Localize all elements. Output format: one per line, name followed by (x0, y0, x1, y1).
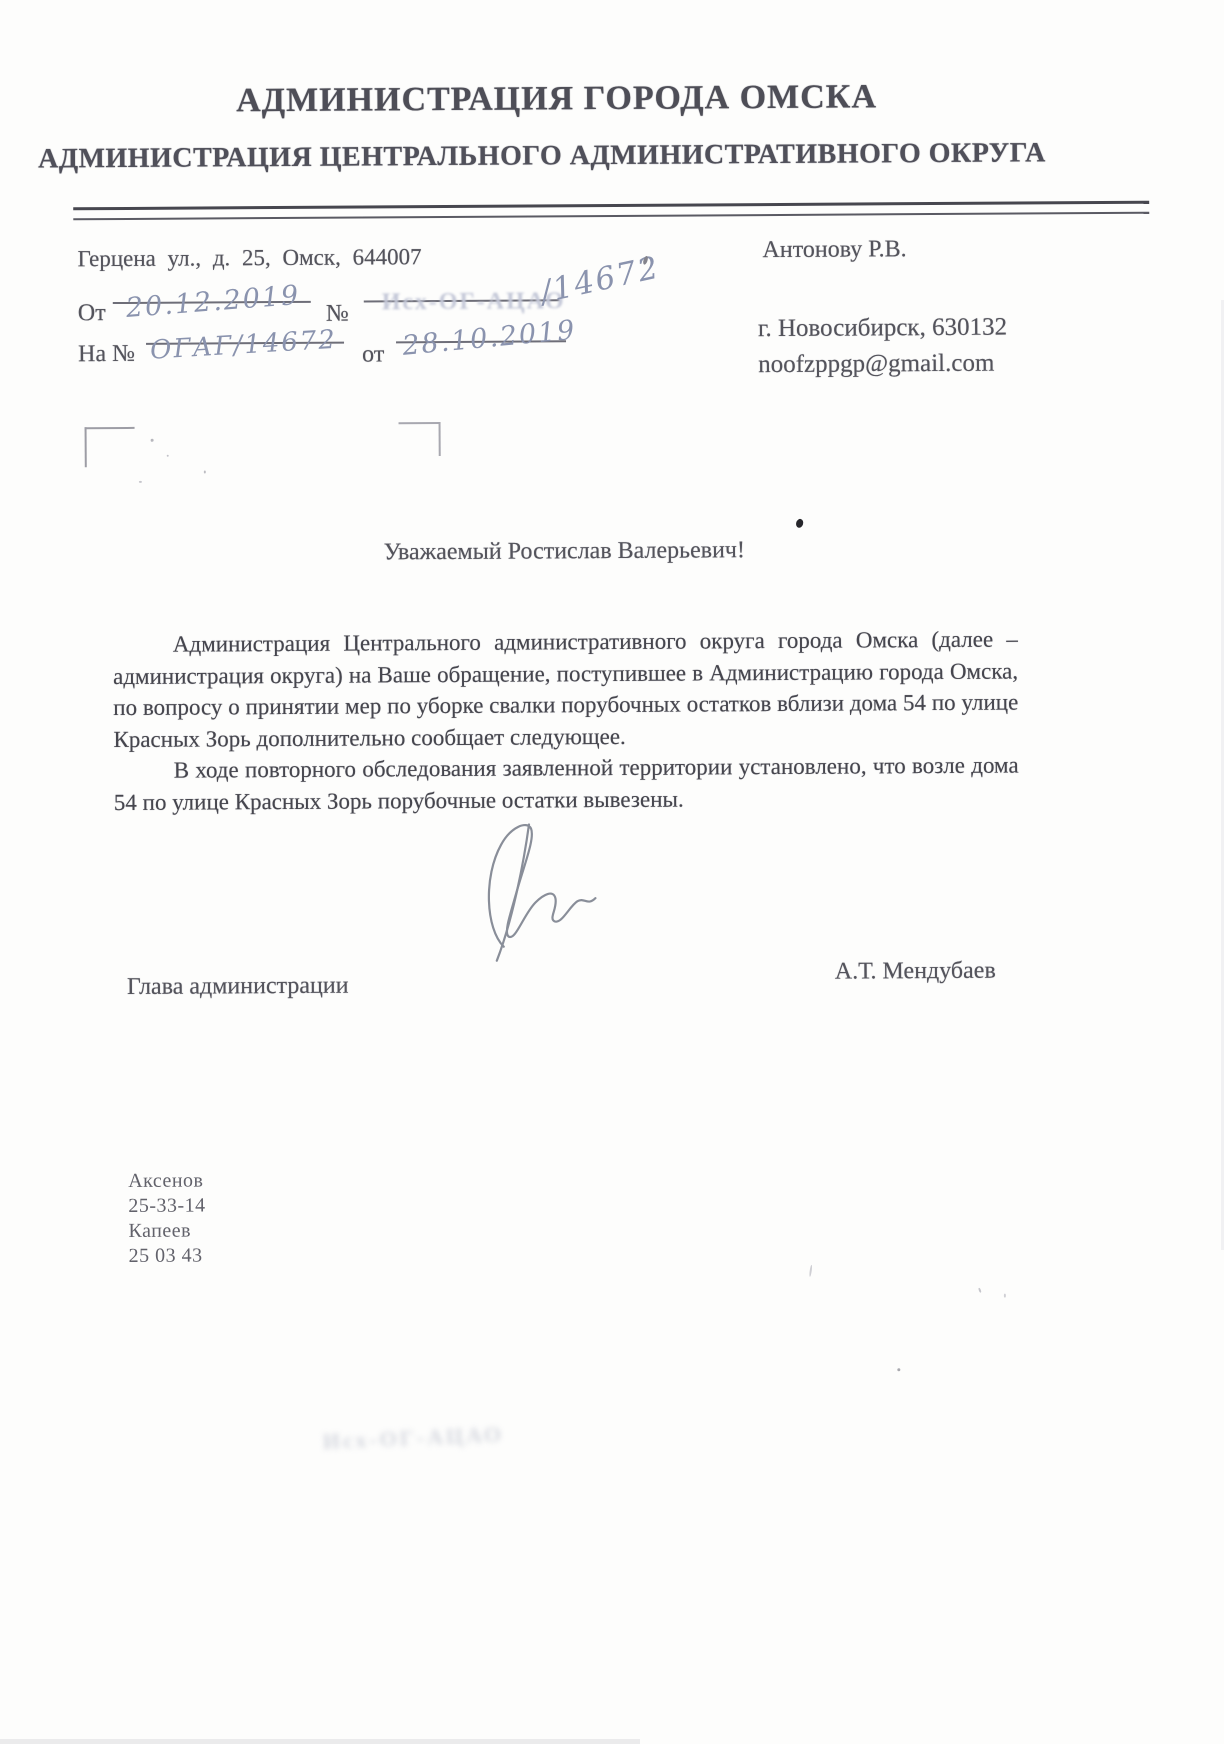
handwritten-signature (469, 818, 620, 964)
org-subtitle: АДМИНИСТРАЦИЯ ЦЕНТРАЛЬНОГО АДМИНИСТРАТИВ… (0, 137, 1087, 176)
reply-from-label: от (362, 341, 384, 368)
scanned-letter-page: АДМИНИСТРАЦИЯ ГОРОДА ОМСКА АДМИНИСТРАЦИЯ… (0, 0, 1224, 1744)
contact-line: Аксенов (128, 1168, 205, 1193)
signer-position: Глава администрации (127, 973, 349, 1001)
fold-mark (809, 1265, 813, 1277)
recipient-name: Антонову Р.В. (762, 236, 906, 264)
scan-speck (897, 1368, 900, 1371)
address-window-corner-right (399, 422, 441, 456)
scan-content: АДМИНИСТРАЦИЯ ГОРОДА ОМСКА АДМИНИСТРАЦИЯ… (0, 0, 1224, 1744)
reply-ref-label: На № (78, 341, 135, 368)
body-paragraph-1: Администрация Центрального административ… (113, 624, 1019, 756)
recipient-email: noofzppgp@gmail.com (758, 350, 994, 379)
ghost-stamp-artifact: Исх-ОГ-АЦАО (322, 1422, 504, 1455)
from-label: От (78, 300, 106, 327)
contact-line: 25 03 43 (129, 1243, 206, 1268)
letterhead-rule-top (73, 201, 1149, 211)
scan-dot-artifact (795, 518, 804, 529)
contact-line: Капеев (128, 1218, 205, 1243)
signer-name: А.Т. Мендубаев (835, 958, 996, 986)
scan-speck (1004, 1294, 1006, 1298)
scan-speck (151, 439, 154, 442)
letter-body: Администрация Центрального административ… (113, 624, 1019, 819)
sender-address: Герцена ул., д. 25, Омск, 644007 (77, 244, 421, 272)
recipient-city: г. Новосибирск, 630132 (758, 314, 1007, 344)
salutation: Уважаемый Ростислав Валерьевич! (0, 535, 1129, 569)
contact-line: 25-33-14 (128, 1193, 205, 1218)
body-paragraph-2: В ходе повторного обследования заявленно… (114, 750, 1019, 819)
scan-speck (204, 470, 206, 473)
letterhead-rule-bottom (73, 212, 1149, 221)
org-title: АДМИНИСТРАЦИЯ ГОРОДА ОМСКА (0, 77, 1117, 122)
scan-speck (978, 1288, 982, 1293)
scan-speck (167, 455, 169, 457)
address-window-corner-left (85, 427, 135, 467)
scan-speck (139, 481, 142, 483)
scan-edge-bottom (0, 1739, 640, 1744)
executor-contacts: Аксенов 25-33-14 Капеев 25 03 43 (128, 1168, 206, 1268)
